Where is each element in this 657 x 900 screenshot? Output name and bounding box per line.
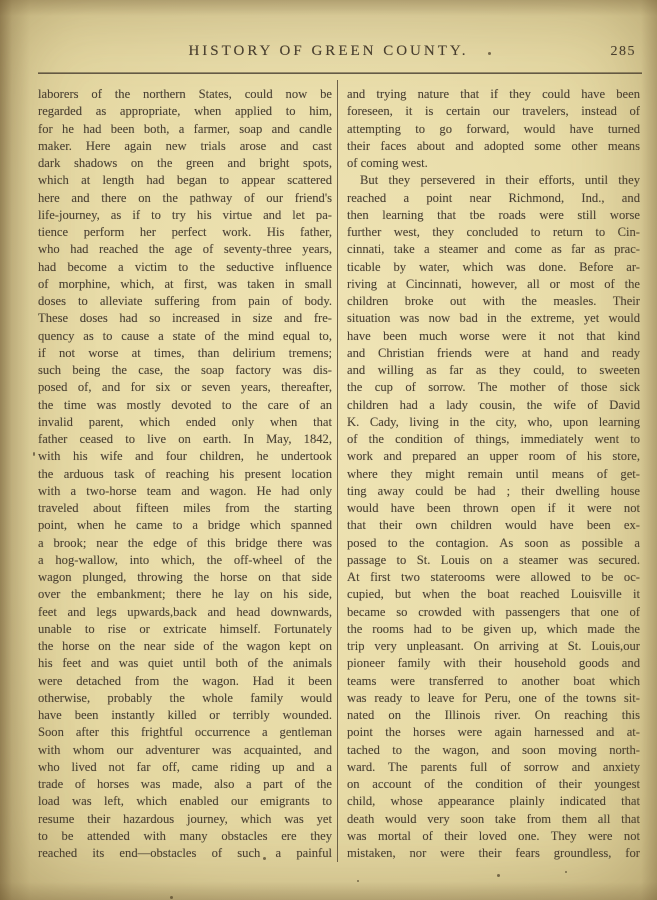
text-line: if not worse at times, than delirium tre… <box>38 345 332 362</box>
text-line: where they might remain until means of g… <box>347 466 640 483</box>
text-line: doses to alleviate suffering from pain o… <box>38 293 332 310</box>
text-line: riving at Cincinnati, however, all or mo… <box>347 276 640 293</box>
text-line: Soon after this frightful occurrence a g… <box>38 724 332 741</box>
text-line: cupied, but when the boat reached Louisv… <box>347 586 640 603</box>
text-line: nated on the Illinois river. On reaching… <box>347 707 640 724</box>
text-line: life-journey, as if to try his virtue an… <box>38 207 332 224</box>
page-edge-shadow-left <box>0 0 30 900</box>
page-edge-shadow-right <box>641 0 657 900</box>
book-page: HISTORY OF GREEN COUNTY. 285 laborers of… <box>0 0 657 900</box>
text-line: children broke out with the measles. The… <box>347 293 640 310</box>
text-line: regarded as appropriate, when applied to… <box>38 103 332 120</box>
text-line: load was left, which enabled our emigran… <box>38 793 332 810</box>
text-line: dark shadows on the green and bright spo… <box>38 155 332 172</box>
text-line: have been instantly killed or terribly w… <box>38 707 332 724</box>
text-line: quency as to cause a state of the mind e… <box>38 328 332 345</box>
text-line: otherwise, probably the whole family wou… <box>38 690 332 707</box>
text-line: feet and legs upwards,back and head down… <box>38 604 332 621</box>
text-line: were detached from the wagon. Had it bee… <box>38 673 332 690</box>
text-line: the horse on the near side of the wagon … <box>38 638 332 655</box>
text-line: child, whose appearance plainly indicate… <box>347 793 640 810</box>
text-line: have been much worse were it not that ki… <box>347 328 640 345</box>
text-line: became so crowded with passengers that o… <box>347 604 640 621</box>
text-line: the time was mostly devoted to the care … <box>38 397 332 414</box>
scan-speck <box>497 874 500 877</box>
text-line: with whom our adventurer was acquainted,… <box>38 742 332 759</box>
text-line: was mortal of their loved one. They were… <box>347 828 640 845</box>
text-line: invalid parent, which ended only when th… <box>38 414 332 431</box>
text-line: pioneer family with their household good… <box>347 655 640 672</box>
text-line: the rooms had to be given up, which made… <box>347 621 640 638</box>
text-line: ting away could be had ; their dwelling … <box>347 483 640 500</box>
text-line: teams were transferred to another boat w… <box>347 673 640 690</box>
text-line: work and prepared an upper room of his s… <box>347 448 640 465</box>
text-line: which at length had began to appear scat… <box>38 172 332 189</box>
text-line: reached a point near Richmond, Ind., and <box>347 190 640 207</box>
text-line: ticable by water, which was done. Before… <box>347 259 640 276</box>
text-line: resume their hazardous journey, which wa… <box>38 811 332 828</box>
text-line: would have been thrown open if it were n… <box>347 500 640 517</box>
text-line: trip very unpleasant. On arriving at St.… <box>347 638 640 655</box>
text-line: foreseen, it is certain our travelers, i… <box>347 103 640 120</box>
text-line: posed to the contagion. As soon as possi… <box>347 535 640 552</box>
text-line: unable to rise or extricate himself. For… <box>38 621 332 638</box>
text-line: attempting to go forward, would have tur… <box>347 121 640 138</box>
scan-speck <box>170 896 173 899</box>
text-line: further west, they concluded to return t… <box>347 224 640 241</box>
text-line: and Christian friends were at hand and r… <box>347 345 640 362</box>
right-column: and trying nature that if they could hav… <box>347 86 640 862</box>
scan-speck <box>357 880 359 882</box>
scan-speck <box>488 52 491 55</box>
text-line: a hog-wallow, into which, the off-wheel … <box>38 552 332 569</box>
text-line: traveled about fifteen miles from the st… <box>38 500 332 517</box>
text-line: to be attended with many obstacles ere t… <box>38 828 332 845</box>
text-line: his feet and was quiet until both of the… <box>38 655 332 672</box>
text-line: K. Cady, living in the city, who, upon l… <box>347 414 640 431</box>
header-rule <box>38 72 642 74</box>
text-line: passage to St. Louis on a steamer was se… <box>347 552 640 569</box>
text-line: tached to the wagon, and soon moving nor… <box>347 742 640 759</box>
text-line: the arduous task of reaching his present… <box>38 466 332 483</box>
text-line: their faces about and adopted some other… <box>347 138 640 155</box>
page-number: 285 <box>611 44 637 60</box>
page-edge-shadow-top <box>0 0 657 16</box>
text-line: cinnati, take a steamer and come as far … <box>347 241 640 258</box>
text-line: tience perform her perfect work. His fat… <box>38 224 332 241</box>
page-edge-shadow-bottom <box>0 882 657 900</box>
text-line: laborers of the northern States, could n… <box>38 86 332 103</box>
text-line: here and there on the pathway of our fri… <box>38 190 332 207</box>
text-line: maker. Here again new trials arose and c… <box>38 138 332 155</box>
scan-speck <box>263 857 266 860</box>
text-line: point, when he came to a bridge which sp… <box>38 517 332 534</box>
text-line: and trying nature that if they could hav… <box>347 86 640 103</box>
text-line: a brook; near the edge of this bridge th… <box>38 535 332 552</box>
text-line: who had reached the age of seventy-three… <box>38 241 332 258</box>
text-line: death would very soon take from them all… <box>347 811 640 828</box>
text-line: reached its end—obstacles of such a pain… <box>38 845 332 862</box>
text-line: point the horses were again harnessed an… <box>347 724 640 741</box>
text-line: father ceased to live on earth. In May, … <box>38 431 332 448</box>
text-line: of morphine, which, at first, was taken … <box>38 276 332 293</box>
text-line: on account of the condition of their you… <box>347 776 640 793</box>
text-line: At first two staterooms were allowed to … <box>347 569 640 586</box>
left-column: laborers of the northern States, could n… <box>38 86 332 862</box>
text-line: was ready to leave for Peru, one of the … <box>347 690 640 707</box>
text-line: with a two-horse team and wagon. He had … <box>38 483 332 500</box>
running-title: HISTORY OF GREEN COUNTY. <box>0 43 657 60</box>
text-line: of the condition of things, immediately … <box>347 431 640 448</box>
text-line: had become a victim to the seductive inf… <box>38 259 332 276</box>
text-line: children had a lady cousin, the wife of … <box>347 397 640 414</box>
text-line: over the embankment; there he lay on his… <box>38 586 332 603</box>
text-line: for he had been both, a farmer, soap and… <box>38 121 332 138</box>
text-line: such being the case, the soap factory wa… <box>38 362 332 379</box>
text-line: the cup of sorrow. The mother of those s… <box>347 379 640 396</box>
text-line: ward. The parents full of sorrow and anx… <box>347 759 640 776</box>
text-line: then learning that tbe roads were still … <box>347 207 640 224</box>
text-line: posed of, and for six or seven years, th… <box>38 379 332 396</box>
scan-speck <box>565 871 567 873</box>
column-divider <box>337 80 338 862</box>
text-line: wagon plunged, throwing the horse on tha… <box>38 569 332 586</box>
text-line: with his wife and four children, he unde… <box>38 448 332 465</box>
text-line: of coming west. <box>347 155 640 172</box>
text-line: trade of horses was made, also a part of… <box>38 776 332 793</box>
text-line: that their own children would have been … <box>347 517 640 534</box>
text-line: and willing as far as they could, to swe… <box>347 362 640 379</box>
scan-speck <box>33 452 35 456</box>
text-line: who lived not far off, came riding up an… <box>38 759 332 776</box>
text-line: situation was now bad in the extreme, ye… <box>347 310 640 327</box>
page-header: HISTORY OF GREEN COUNTY. 285 <box>0 43 657 63</box>
text-line: But they persevered in their efforts, un… <box>347 172 640 189</box>
text-line: These doses had so increased in size and… <box>38 310 332 327</box>
text-line: mistaken, nor were their fears groundles… <box>347 845 640 862</box>
